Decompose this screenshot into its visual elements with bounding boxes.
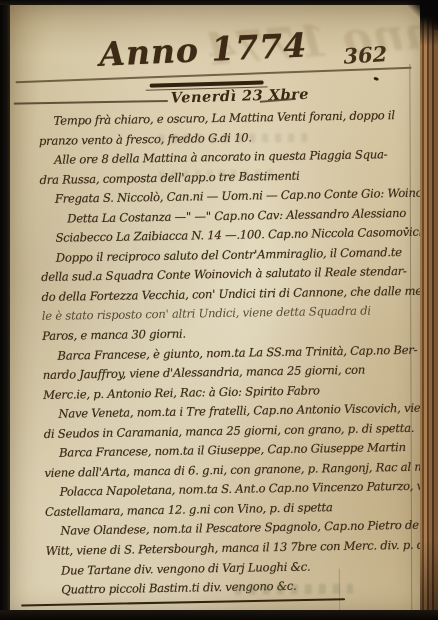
header-rule — [16, 67, 412, 83]
ink-fleck — [405, 227, 408, 229]
date-heading: Venerdì 23 Xbre — [171, 86, 310, 107]
photo-edge-top — [0, 0, 438, 5]
photo-corner-shadow — [408, 0, 438, 30]
photo-edge-bottom — [0, 610, 438, 620]
date-rule-left — [14, 100, 168, 104]
book-fore-edge-shadow — [420, 0, 438, 620]
page-content: Anno 1774 Anno 1774 362 Venerdì 23 Xbre … — [7, 2, 425, 616]
manuscript-photo: Anno 1774 Anno 1774 362 Venerdì 23 Xbre … — [0, 0, 438, 620]
manuscript-text: Tempo frà chiaro, e oscuro, La Mattina V… — [38, 106, 418, 601]
year-title: Anno 1774 — [99, 25, 308, 73]
page-number: 362 — [343, 41, 388, 69]
photo-edge-left — [0, 0, 10, 620]
manuscript-page: Anno 1774 Anno 1774 362 Venerdì 23 Xbre … — [10, 4, 422, 614]
ink-fleck — [373, 76, 379, 81]
